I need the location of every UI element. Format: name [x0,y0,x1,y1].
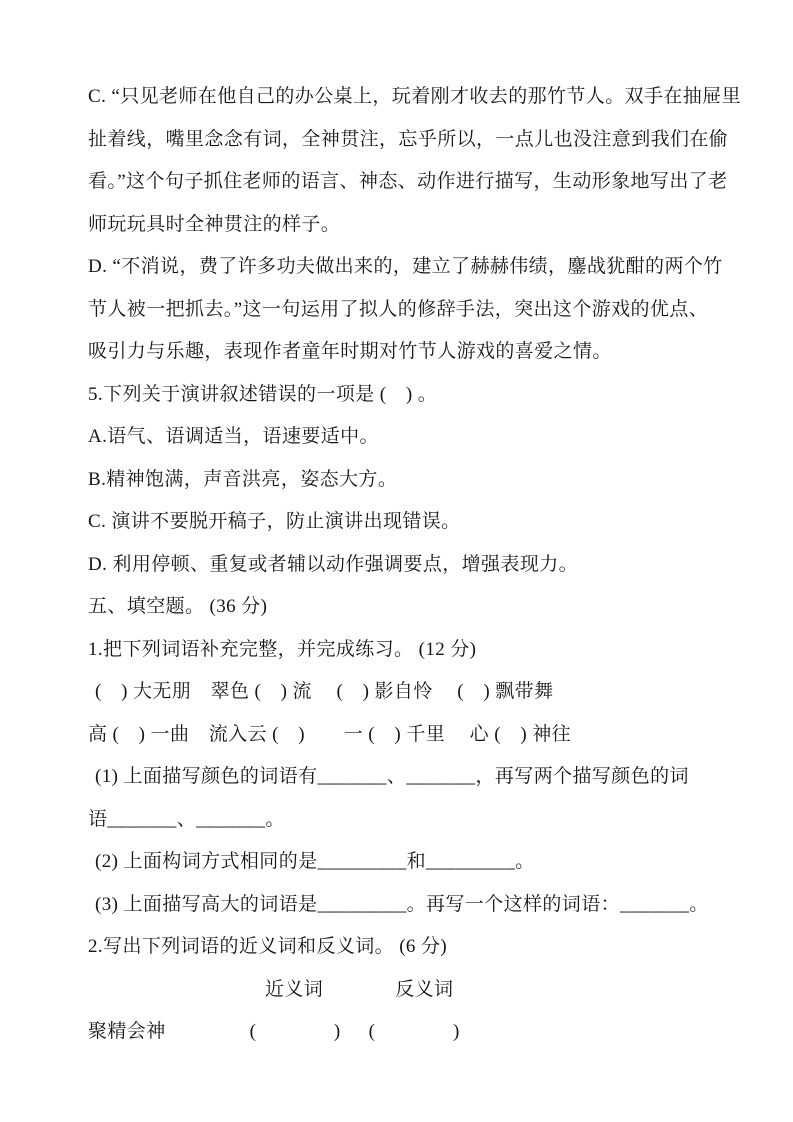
s5-q1-sub1-line-2: 语_______、_______。 [88,799,733,842]
q5-option-c: C. 演讲不要脱开稿子，防止演讲出现错误。 [88,501,733,544]
q4-option-d-line-2: 节人被一把抓去。”这一句运用了拟人的修辞手法，突出这个游戏的优点、 [88,289,733,332]
exam-paper-page: C. “只见老师在他自己的办公桌上，玩着刚才收去的那竹节人。双手在抽屉里 扯着线… [0,0,793,1122]
q4-option-c-line-4: 师玩玩具时全神贯注的样子。 [88,204,733,247]
antonym-answer-blank: ( ) [369,1021,460,1042]
q4-option-c-line-2: 扯着线，嘴里念念有词，全神贯注，忘乎所以，一点儿也没注意到我们在偷 [88,119,733,162]
q4-option-c-line-1: C. “只见老师在他自己的办公桌上，玩着刚才收去的那竹节人。双手在抽屉里 [88,76,733,119]
s5-q1-word-row-1: ( ) 大无朋 翠色 ( ) 流 ( ) 影自怜 ( ) 飘带舞 [88,671,733,714]
s5-q1-sub1-line-1: (1) 上面描写颜色的词语有_______、_______，再写两个描写颜色的词 [88,756,733,799]
s5-q1-sub2: (2) 上面构词方式相同的是_________和_________。 [88,841,733,884]
s5-q2-column-header-row: 近义词反义词 [88,969,733,1012]
q5-option-b: B.精神饱满，声音洪亮，姿态大方。 [88,459,733,502]
q4-option-c-line-3: 看。”这个句子抓住老师的语言、神态、动作进行描写，生动形象地写出了老 [88,161,733,204]
q5-stem: 5.下列关于演讲叙述错误的一项是 ( ) 。 [88,374,733,417]
synonym-answer-blank: ( ) [250,1021,341,1042]
q4-option-d-line-3: 吸引力与乐趣，表现作者童年时期对竹节人游戏的喜爱之情。 [88,331,733,374]
section5-title: 五、填空题。 (36 分) [88,586,733,629]
antonym-column-header: 反义词 [395,979,453,1000]
s5-q2-word: 聚精会神 [88,1021,166,1042]
q4-option-d-line-1: D. “不消说，费了许多功夫做出来的，建立了赫赫伟绩，鏖战犹酣的两个竹 [88,246,733,289]
q5-option-d: D. 利用停顿、重复或者辅以动作强调要点，增强表现力。 [88,544,733,587]
s5-q2-word-row: 聚精会神( )( ) [88,1011,733,1054]
s5-q1-word-row-2: 高 ( ) 一曲 流入云 ( ) 一 ( ) 千里 心 ( ) 神往 [88,714,733,757]
s5-q1-sub3: (3) 上面描写高大的词语是_________。再写一个这样的词语：______… [88,884,733,927]
synonym-column-header: 近义词 [265,979,323,1000]
s5-q2-stem: 2.写出下列词语的近义词和反义词。 (6 分) [88,926,733,969]
s5-q1-stem: 1.把下列词语补充完整，并完成练习。 (12 分) [88,629,733,672]
q5-option-a: A.语气、语调适当，语速要适中。 [88,416,733,459]
